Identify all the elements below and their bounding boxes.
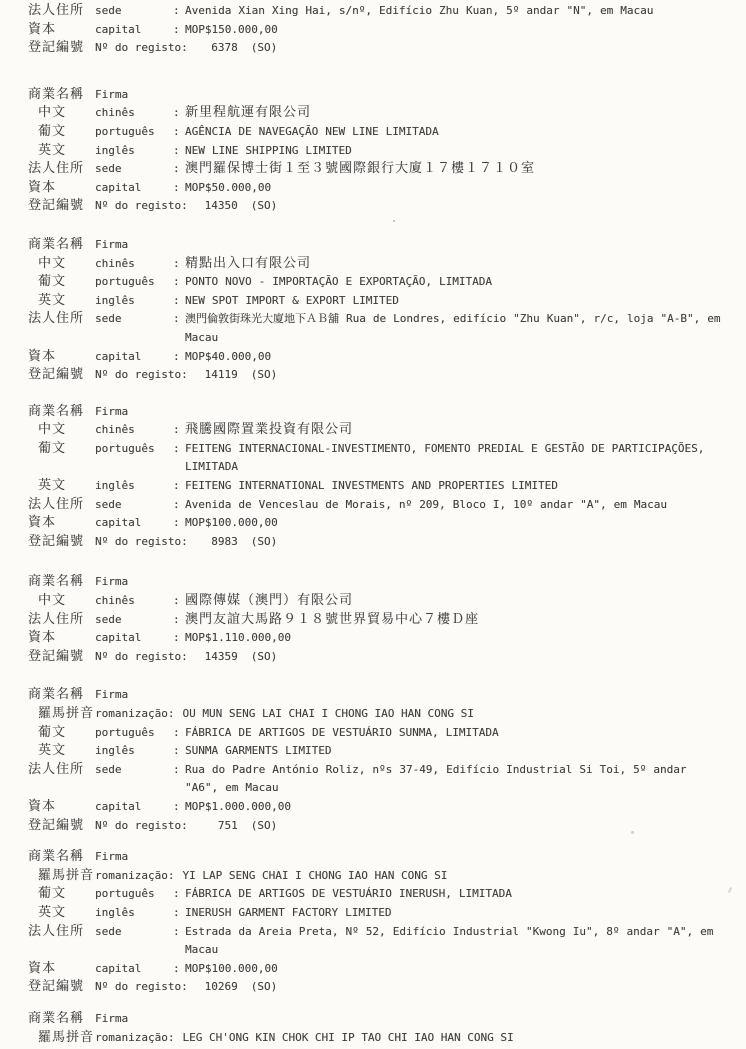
portuguese-label-pt: português bbox=[95, 123, 173, 142]
colon-separator: : bbox=[173, 629, 185, 648]
firm-label-zh: 商業名稱 bbox=[0, 686, 95, 705]
row-capital: 資本capital:MOP$100.000,00 bbox=[0, 514, 746, 533]
registry-entry: 商業名稱Firma羅馬拼音romanização:YI LAP SENG CHA… bbox=[0, 848, 746, 997]
chinese-label-pt: chinês bbox=[95, 592, 173, 611]
colon-separator: : bbox=[173, 798, 185, 817]
firm-label-zh: 商業名稱 bbox=[0, 1010, 95, 1029]
portuguese-label-pt: português bbox=[95, 273, 173, 292]
seat-value: 澳門倫敦街珠光大廈地下ＡＢ舖 Rua de Londres, edifício … bbox=[185, 310, 746, 347]
portuguese-value: FEITENG INTERNACIONAL-INVESTIMENTO, FOME… bbox=[185, 440, 746, 477]
registry-suffix: (SO) bbox=[251, 978, 278, 997]
seat-value: Estrada da Areia Preta, Nº 52, Edifício … bbox=[185, 923, 746, 960]
capital-label-zh: 資本 bbox=[0, 21, 95, 40]
registry-suffix: (SO) bbox=[251, 648, 278, 667]
colon-separator: : bbox=[173, 761, 185, 780]
capital-value: MOP$100.000,00 bbox=[185, 514, 746, 533]
portuguese-value: PONTO NOVO - IMPORTAÇÃO E EXPORTAÇÃO, LI… bbox=[185, 273, 746, 292]
row-firm-header: 商業名稱Firma bbox=[0, 1010, 746, 1029]
row-romanization: 羅馬拼音romanização:OU MUN SENG LAI CHAI I C… bbox=[0, 705, 746, 724]
row-registry-number: 登記編號Nº do registo:8983(SO) bbox=[0, 533, 746, 552]
capital-label-zh: 資本 bbox=[0, 348, 95, 367]
row-chinese-name: 中文chinês:國際傳媒（澳門）有限公司 bbox=[0, 592, 746, 611]
firm-label-pt: Firma bbox=[95, 403, 173, 422]
capital-label-pt: capital bbox=[95, 21, 173, 40]
colon-separator: : bbox=[173, 160, 185, 179]
colon-separator: : bbox=[173, 496, 185, 515]
registry-number: 14350 bbox=[196, 197, 238, 216]
firm-label-pt: Firma bbox=[95, 236, 173, 255]
capital-label-zh: 資本 bbox=[0, 798, 95, 817]
registry-label-zh: 登記編號 bbox=[0, 978, 95, 997]
registry-label-pt: Nº do registo: bbox=[95, 978, 188, 997]
seat-label-zh: 法人住所 bbox=[0, 160, 95, 179]
registry-number: 14359 bbox=[196, 648, 238, 667]
colon-separator: : bbox=[173, 292, 185, 311]
colon-separator: : bbox=[173, 2, 185, 21]
row-portuguese-name: 葡文português:FEITENG INTERNACIONAL-INVEST… bbox=[0, 440, 746, 477]
row-capital: 資本capital:MOP$150.000,00 bbox=[0, 21, 746, 40]
chinese-label-zh: 中文 bbox=[0, 104, 95, 123]
row-registry-number: 登記編號Nº do registo:14359(SO) bbox=[0, 648, 746, 667]
registry-label-zh: 登記編號 bbox=[0, 39, 95, 58]
capital-label-zh: 資本 bbox=[0, 960, 95, 979]
row-registry-number: 登記編號Nº do registo:751(SO) bbox=[0, 817, 746, 836]
firm-label-pt: Firma bbox=[95, 686, 173, 705]
chinese-label-zh: 中文 bbox=[0, 255, 95, 274]
roman-label-zh: 羅馬拼音 bbox=[0, 1029, 95, 1048]
capital-label-pt: capital bbox=[95, 348, 173, 367]
english-value: INERUSH GARMENT FACTORY LIMITED bbox=[185, 904, 746, 923]
english-label-zh: 英文 bbox=[0, 142, 95, 161]
capital-label-zh: 資本 bbox=[0, 629, 95, 648]
romanization-value: OU MUN SENG LAI CHAI I CHONG IAO HAN CON… bbox=[182, 705, 473, 724]
registry-label-pt: Nº do registo: bbox=[95, 366, 188, 385]
registry-label-zh: 登記編號 bbox=[0, 366, 95, 385]
registry-entry: 法人住所sede:Avenida Xian Xing Hai, s/nº, Ed… bbox=[0, 2, 746, 58]
row-portuguese-name: 葡文português:FÁBRICA DE ARTIGOS DE VESTUÁ… bbox=[0, 724, 746, 743]
firm-label-pt: Firma bbox=[95, 848, 173, 867]
row-seat-address: 法人住所sede:Avenida de Venceslau de Morais,… bbox=[0, 496, 746, 515]
firm-label-pt: Firma bbox=[95, 1010, 173, 1029]
portuguese-label-pt: português bbox=[95, 885, 173, 904]
chinese-value: 國際傳媒（澳門）有限公司 bbox=[185, 592, 746, 611]
colon-separator: : bbox=[173, 273, 185, 292]
colon-separator: : bbox=[173, 142, 185, 161]
english-value: FEITENG INTERNATIONAL INVESTMENTS AND PR… bbox=[185, 477, 746, 496]
registry-number: 6378 bbox=[196, 39, 238, 58]
chinese-label-pt: chinês bbox=[95, 255, 173, 274]
colon-separator: : bbox=[173, 960, 185, 979]
firm-label-pt: Firma bbox=[95, 573, 173, 592]
row-firm-header: 商業名稱Firma bbox=[0, 573, 746, 592]
portuguese-value: FÁBRICA DE ARTIGOS DE VESTUÁRIO INERUSH,… bbox=[185, 885, 746, 904]
scan-speckle bbox=[631, 831, 634, 834]
chinese-label-zh: 中文 bbox=[0, 421, 95, 440]
row-romanization: 羅馬拼音romanização:LEG CH'ONG KIN CHOK CHI … bbox=[0, 1029, 746, 1048]
seat-label-zh: 法人住所 bbox=[0, 496, 95, 515]
seat-label-zh: 法人住所 bbox=[0, 310, 95, 329]
chinese-value: 精點出入口有限公司 bbox=[185, 255, 746, 274]
chinese-value: 新里程航運有限公司 bbox=[185, 104, 746, 123]
colon-separator: : bbox=[173, 477, 185, 496]
portuguese-label-zh: 葡文 bbox=[0, 885, 95, 904]
row-seat-address: 法人住所sede:澳門羅保博士街１至３號國際銀行大廈１７樓１７１０室 bbox=[0, 160, 746, 179]
portuguese-label-zh: 葡文 bbox=[0, 123, 95, 142]
row-portuguese-name: 葡文português:AGÊNCIA DE NAVEGAÇÃO NEW LIN… bbox=[0, 123, 746, 142]
english-label-zh: 英文 bbox=[0, 904, 95, 923]
row-english-name: 英文inglês:FEITENG INTERNATIONAL INVESTMEN… bbox=[0, 477, 746, 496]
english-value: NEW LINE SHIPPING LIMITED bbox=[185, 142, 746, 161]
english-label-zh: 英文 bbox=[0, 742, 95, 761]
registry-label-pt: Nº do registo: bbox=[95, 648, 188, 667]
colon-separator: : bbox=[173, 514, 185, 533]
colon-separator: : bbox=[173, 348, 185, 367]
registry-label-zh: 登記編號 bbox=[0, 197, 95, 216]
registry-number: 14119 bbox=[196, 366, 238, 385]
registry-entry: 商業名稱Firma中文chinês:精點出入口有限公司葡文português:P… bbox=[0, 236, 746, 385]
colon-separator: : bbox=[173, 255, 185, 274]
registry-number: 8983 bbox=[196, 533, 238, 552]
row-capital: 資本capital:MOP$1.000.000,00 bbox=[0, 798, 746, 817]
registry-entry: 商業名稱Firma中文chinês:國際傳媒（澳門）有限公司法人住所sede:澳… bbox=[0, 573, 746, 666]
firm-label-zh: 商業名稱 bbox=[0, 403, 95, 422]
registry-label-pt: Nº do registo: bbox=[95, 533, 188, 552]
chinese-label-pt: chinês bbox=[95, 421, 173, 440]
row-chinese-name: 中文chinês:精點出入口有限公司 bbox=[0, 255, 746, 274]
registry-label-zh: 登記編號 bbox=[0, 817, 95, 836]
colon-separator: : bbox=[173, 421, 185, 440]
english-label-pt: inglês bbox=[95, 742, 173, 761]
seat-label-pt: sede bbox=[95, 923, 173, 942]
portuguese-label-pt: português bbox=[95, 724, 173, 743]
row-english-name: 英文inglês:SUNMA GARMENTS LIMITED bbox=[0, 742, 746, 761]
colon-separator: : bbox=[173, 123, 185, 142]
english-value: SUNMA GARMENTS LIMITED bbox=[185, 742, 746, 761]
capital-label-pt: capital bbox=[95, 960, 173, 979]
colon-separator: : bbox=[173, 179, 185, 198]
seat-label-zh: 法人住所 bbox=[0, 611, 95, 630]
seat-label-pt: sede bbox=[95, 2, 173, 21]
portuguese-label-pt: português bbox=[95, 440, 173, 459]
registry-suffix: (SO) bbox=[251, 366, 278, 385]
row-registry-number: 登記編號Nº do registo:14350(SO) bbox=[0, 197, 746, 216]
portuguese-label-zh: 葡文 bbox=[0, 724, 95, 743]
row-portuguese-name: 葡文português:PONTO NOVO - IMPORTAÇÃO E EX… bbox=[0, 273, 746, 292]
seat-label-pt: sede bbox=[95, 611, 173, 630]
row-capital: 資本capital:MOP$40.000,00 bbox=[0, 348, 746, 367]
capital-value: MOP$1.000.000,00 bbox=[185, 798, 746, 817]
registry-entry: 商業名稱Firma中文chinês:新里程航運有限公司葡文português:A… bbox=[0, 86, 746, 216]
roman-label-pt: romanização: bbox=[95, 705, 174, 724]
row-seat-address: 法人住所sede:澳門倫敦街珠光大廈地下ＡＢ舖 Rua de Londres, … bbox=[0, 310, 746, 347]
colon-separator: : bbox=[173, 724, 185, 743]
english-label-zh: 英文 bbox=[0, 477, 95, 496]
registry-suffix: (SO) bbox=[251, 533, 278, 552]
firm-label-zh: 商業名稱 bbox=[0, 573, 95, 592]
portuguese-value: AGÊNCIA DE NAVEGAÇÃO NEW LINE LIMITADA bbox=[185, 123, 746, 142]
colon-separator: : bbox=[173, 904, 185, 923]
registry-number: 10269 bbox=[196, 978, 238, 997]
capital-label-pt: capital bbox=[95, 514, 173, 533]
registry-label-pt: Nº do registo: bbox=[95, 197, 188, 216]
registry-suffix: (SO) bbox=[251, 39, 278, 58]
row-capital: 資本capital:MOP$100.000,00 bbox=[0, 960, 746, 979]
firm-label-pt: Firma bbox=[95, 86, 173, 105]
row-capital: 資本capital:MOP$1.110.000,00 bbox=[0, 629, 746, 648]
seat-label-pt: sede bbox=[95, 310, 173, 329]
registry-suffix: (SO) bbox=[251, 817, 278, 836]
firm-label-zh: 商業名稱 bbox=[0, 236, 95, 255]
capital-label-pt: capital bbox=[95, 629, 173, 648]
row-romanization: 羅馬拼音romanização:YI LAP SENG CHAI I CHONG… bbox=[0, 867, 746, 886]
english-value: NEW SPOT IMPORT & EXPORT LIMITED bbox=[185, 292, 746, 311]
english-label-pt: inglês bbox=[95, 142, 173, 161]
row-firm-header: 商業名稱Firma bbox=[0, 686, 746, 705]
colon-separator: : bbox=[173, 592, 185, 611]
portuguese-value: FÁBRICA DE ARTIGOS DE VESTUÁRIO SUNMA, L… bbox=[185, 724, 746, 743]
firm-label-zh: 商業名稱 bbox=[0, 848, 95, 867]
registry-entry: 商業名稱Firma羅馬拼音romanização:OU MUN SENG LAI… bbox=[0, 686, 746, 835]
row-english-name: 英文inglês:NEW SPOT IMPORT & EXPORT LIMITE… bbox=[0, 292, 746, 311]
seat-label-zh: 法人住所 bbox=[0, 923, 95, 942]
registry-entry: 商業名稱Firma羅馬拼音romanização:LEG CH'ONG KIN … bbox=[0, 1010, 746, 1047]
firm-label-zh: 商業名稱 bbox=[0, 86, 95, 105]
seat-label-zh: 法人住所 bbox=[0, 2, 95, 21]
roman-label-zh: 羅馬拼音 bbox=[0, 867, 95, 886]
colon-separator: : bbox=[173, 885, 185, 904]
english-label-pt: inglês bbox=[95, 292, 173, 311]
row-seat-address: 法人住所sede:Avenida Xian Xing Hai, s/nº, Ed… bbox=[0, 2, 746, 21]
row-firm-header: 商業名稱Firma bbox=[0, 236, 746, 255]
row-english-name: 英文inglês:NEW LINE SHIPPING LIMITED bbox=[0, 142, 746, 161]
portuguese-label-zh: 葡文 bbox=[0, 440, 95, 459]
roman-label-pt: romanização: bbox=[95, 867, 174, 886]
colon-separator: : bbox=[173, 923, 185, 942]
row-seat-address: 法人住所sede:Estrada da Areia Preta, Nº 52, … bbox=[0, 923, 746, 960]
capital-value: MOP$40.000,00 bbox=[185, 348, 746, 367]
english-label-pt: inglês bbox=[95, 477, 173, 496]
scan-speckle bbox=[393, 220, 395, 222]
colon-separator: : bbox=[173, 742, 185, 761]
registry-label-pt: Nº do registo: bbox=[95, 817, 188, 836]
document-page: 法人住所sede:Avenida Xian Xing Hai, s/nº, Ed… bbox=[0, 0, 746, 1049]
row-firm-header: 商業名稱Firma bbox=[0, 848, 746, 867]
seat-value: 澳門友誼大馬路９１８號世界貿易中心７樓Ｄ座 bbox=[185, 611, 746, 630]
row-registry-number: 登記編號Nº do registo:6378(SO) bbox=[0, 39, 746, 58]
row-capital: 資本capital:MOP$50.000,00 bbox=[0, 179, 746, 198]
roman-label-zh: 羅馬拼音 bbox=[0, 705, 95, 724]
registry-number: 751 bbox=[196, 817, 238, 836]
seat-value: Avenida Xian Xing Hai, s/nº, Edifício Zh… bbox=[185, 2, 746, 21]
registry-label-zh: 登記編號 bbox=[0, 648, 95, 667]
row-registry-number: 登記編號Nº do registo:14119(SO) bbox=[0, 366, 746, 385]
seat-label-pt: sede bbox=[95, 761, 173, 780]
chinese-label-zh: 中文 bbox=[0, 592, 95, 611]
capital-label-pt: capital bbox=[95, 179, 173, 198]
row-registry-number: 登記編號Nº do registo:10269(SO) bbox=[0, 978, 746, 997]
seat-value: Rua do Padre António Roliz, nºs 37-49, E… bbox=[185, 761, 746, 798]
capital-label-pt: capital bbox=[95, 798, 173, 817]
capital-label-zh: 資本 bbox=[0, 514, 95, 533]
colon-separator: : bbox=[173, 440, 185, 459]
chinese-value: 飛騰國際置業投資有限公司 bbox=[185, 421, 746, 440]
registry-entry: 商業名稱Firma中文chinês:飛騰國際置業投資有限公司葡文portuguê… bbox=[0, 403, 746, 552]
colon-separator: : bbox=[173, 310, 185, 329]
row-chinese-name: 中文chinês:飛騰國際置業投資有限公司 bbox=[0, 421, 746, 440]
row-firm-header: 商業名稱Firma bbox=[0, 86, 746, 105]
seat-value: 澳門羅保博士街１至３號國際銀行大廈１７樓１７１０室 bbox=[185, 160, 746, 179]
capital-value: MOP$150.000,00 bbox=[185, 21, 746, 40]
registry-label-pt: Nº do registo: bbox=[95, 39, 188, 58]
seat-label-pt: sede bbox=[95, 496, 173, 515]
capital-value: MOP$100.000,00 bbox=[185, 960, 746, 979]
row-chinese-name: 中文chinês:新里程航運有限公司 bbox=[0, 104, 746, 123]
colon-separator: : bbox=[173, 104, 185, 123]
english-label-pt: inglês bbox=[95, 904, 173, 923]
romanization-value: LEG CH'ONG KIN CHOK CHI IP TAO CHI IAO H… bbox=[182, 1029, 513, 1048]
row-firm-header: 商業名稱Firma bbox=[0, 403, 746, 422]
capital-label-zh: 資本 bbox=[0, 179, 95, 198]
row-portuguese-name: 葡文português:FÁBRICA DE ARTIGOS DE VESTUÁ… bbox=[0, 885, 746, 904]
colon-separator: : bbox=[173, 611, 185, 630]
portuguese-label-zh: 葡文 bbox=[0, 273, 95, 292]
registry-label-zh: 登記編號 bbox=[0, 533, 95, 552]
romanization-value: YI LAP SENG CHAI I CHONG IAO HAN CONG SI bbox=[182, 867, 447, 886]
colon-separator: : bbox=[173, 21, 185, 40]
capital-value: MOP$1.110.000,00 bbox=[185, 629, 746, 648]
row-english-name: 英文inglês:INERUSH GARMENT FACTORY LIMITED bbox=[0, 904, 746, 923]
english-label-zh: 英文 bbox=[0, 292, 95, 311]
registry-entries: 法人住所sede:Avenida Xian Xing Hai, s/nº, Ed… bbox=[0, 0, 746, 1047]
roman-label-pt: romanização: bbox=[95, 1029, 174, 1048]
row-seat-address: 法人住所sede:澳門友誼大馬路９１８號世界貿易中心７樓Ｄ座 bbox=[0, 611, 746, 630]
seat-label-pt: sede bbox=[95, 160, 173, 179]
registry-suffix: (SO) bbox=[251, 197, 278, 216]
seat-label-zh: 法人住所 bbox=[0, 761, 95, 780]
row-seat-address: 法人住所sede:Rua do Padre António Roliz, nºs… bbox=[0, 761, 746, 798]
capital-value: MOP$50.000,00 bbox=[185, 179, 746, 198]
seat-value: Avenida de Venceslau de Morais, nº 209, … bbox=[185, 496, 746, 515]
chinese-label-pt: chinês bbox=[95, 104, 173, 123]
